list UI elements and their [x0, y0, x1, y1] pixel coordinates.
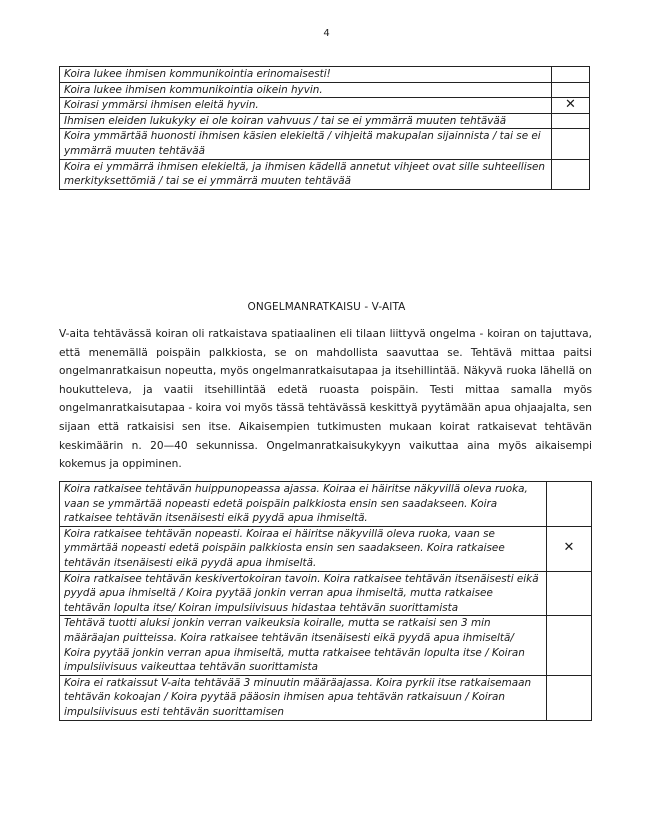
x-mark-icon: ✕ [565, 98, 576, 113]
rubric-description: Koirasi ymmärsi ihmisen eleitä hyvin. [60, 98, 552, 114]
rubric-description: Tehtävä tuotti aluksi jonkin verran vaik… [60, 616, 547, 675]
x-mark-icon: ✕ [564, 541, 575, 556]
table-row: Koirasi ymmärsi ihmisen eleitä hyvin. ✕ [60, 98, 590, 114]
page-number: 4 [0, 28, 653, 39]
rubric-description: Koira lukee ihmisen kommunikointia erino… [60, 67, 552, 83]
table-row: Koira ei ymmärrä ihmisen elekieltä, ja i… [60, 159, 590, 189]
rubric-checkbox[interactable] [552, 113, 590, 129]
rubric-description: Koira ymmärtää huonosti ihmisen käsien e… [60, 129, 552, 159]
communication-rubric-table: Koira lukee ihmisen kommunikointia erino… [59, 66, 590, 190]
table-row: Koira ratkaisee tehtävän nopeasti. Koira… [60, 526, 592, 571]
problem-solving-rubric-table: Koira ratkaisee tehtävän huippunopeassa … [59, 481, 592, 721]
table-row: Koira ratkaisee tehtävän huippunopeassa … [60, 482, 592, 527]
table-row: Koira ratkaisee tehtävän keskivertokoira… [60, 571, 592, 616]
section-body-text: V-aita tehtävässä koiran oli ratkaistava… [59, 325, 592, 474]
rubric-checkbox[interactable] [552, 82, 590, 98]
rubric-description: Koira ratkaisee tehtävän nopeasti. Koira… [60, 526, 547, 571]
rubric-checkbox[interactable] [552, 159, 590, 189]
rubric-description: Koira ei ymmärrä ihmisen elekieltä, ja i… [60, 159, 552, 189]
table-row: Koira lukee ihmisen kommunikointia erino… [60, 67, 590, 83]
rubric-checkbox[interactable]: ✕ [547, 526, 592, 571]
rubric-description: Koira lukee ihmisen kommunikointia oikei… [60, 82, 552, 98]
rubric-checkbox[interactable]: ✕ [552, 98, 590, 114]
table-row: Koira ei ratkaissut V-aita tehtävää 3 mi… [60, 675, 592, 720]
rubric-checkbox[interactable] [547, 675, 592, 720]
rubric-checkbox[interactable] [547, 482, 592, 527]
table-row: Ihmisen eleiden lukukyky ei ole koiran v… [60, 113, 590, 129]
rubric-description: Koira ei ratkaissut V-aita tehtävää 3 mi… [60, 675, 547, 720]
rubric-checkbox[interactable] [552, 129, 590, 159]
rubric-description: Koira ratkaisee tehtävän huippunopeassa … [60, 482, 547, 527]
table-row: Koira ymmärtää huonosti ihmisen käsien e… [60, 129, 590, 159]
rubric-checkbox[interactable] [552, 67, 590, 83]
table-row: Koira lukee ihmisen kommunikointia oikei… [60, 82, 590, 98]
table-row: Tehtävä tuotti aluksi jonkin verran vaik… [60, 616, 592, 675]
rubric-checkbox[interactable] [547, 616, 592, 675]
rubric-description: Ihmisen eleiden lukukyky ei ole koiran v… [60, 113, 552, 129]
rubric-description: Koira ratkaisee tehtävän keskivertokoira… [60, 571, 547, 616]
rubric-checkbox[interactable] [547, 571, 592, 616]
section-title: ONGELMANRATKAISU - V-AITA [0, 301, 653, 313]
